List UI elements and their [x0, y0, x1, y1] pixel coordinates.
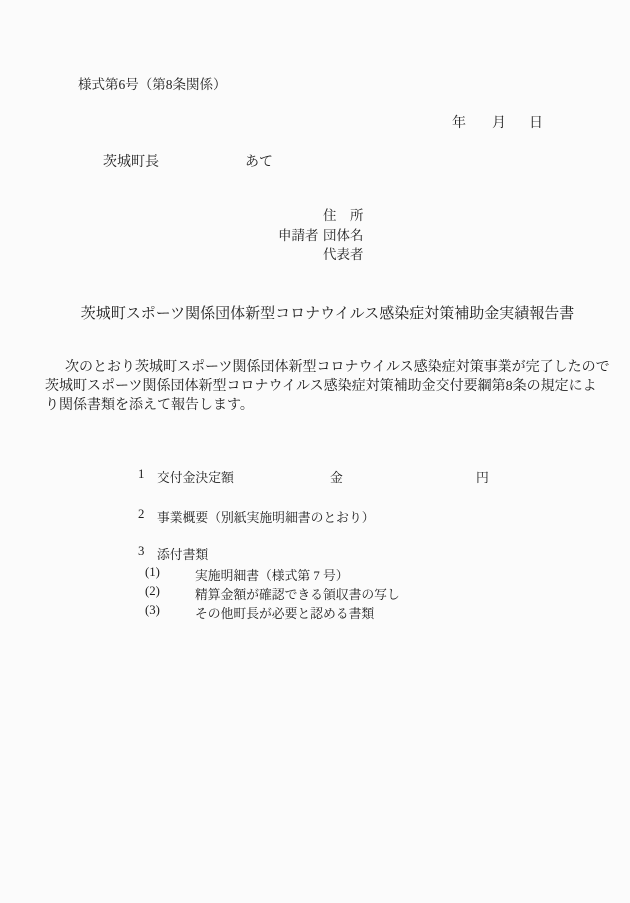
document-title: 茨城町スポーツ関係団体新型コロナウイルス感染症対策補助金実績報告書: [45, 302, 610, 323]
item-number: 1: [138, 467, 144, 482]
body-paragraph: 次のとおり茨城町スポーツ関係団体新型コロナウイルス感染症対策事業が完了したので …: [45, 359, 620, 415]
applicant-field-representative: 代表者: [323, 247, 364, 264]
date-month-label: 月: [492, 115, 506, 133]
item-row-attachments: 3 添付書類: [0, 544, 630, 562]
addressee-suffix: あて: [245, 154, 273, 172]
item-label: 添付書類: [157, 544, 208, 563]
document-page: 様式第6号（第8条関係） 年 月 日 茨城町長 あて 申請者 住 所 団体名 代…: [0, 0, 630, 903]
sub-item-text: その他町長が必要と認める書類: [195, 603, 374, 622]
sub-item-row: (1) 実施明細書（様式第 7 号）: [0, 565, 630, 583]
amount-suffix: 円: [476, 467, 489, 486]
applicant-label: 申請者: [278, 228, 319, 245]
item-label: 交付金決定額: [157, 467, 234, 486]
sub-item-text: 精算金額が確認できる領収書の写し: [195, 584, 400, 603]
sub-item-marker: (2): [145, 584, 160, 599]
date-day-label: 日: [529, 115, 543, 133]
sub-item-marker: (1): [145, 565, 160, 580]
addressee-name: 茨城町長: [103, 154, 159, 172]
date-year-label: 年: [452, 115, 466, 133]
form-number: 様式第6号（第8条関係）: [78, 77, 227, 94]
amount-prefix: 金: [330, 467, 343, 486]
sub-item-row: (2) 精算金額が確認できる領収書の写し: [0, 584, 630, 602]
sub-item-text: 実施明細書（様式第 7 号）: [195, 565, 349, 584]
body-line: 次のとおり茨城町スポーツ関係団体新型コロナウイルス感染症対策事業が完了したので: [45, 359, 620, 378]
item-row-project-summary: 2 事業概要（別紙実施明細書のとおり）: [0, 507, 630, 525]
applicant-field-address: 住 所: [323, 208, 364, 225]
body-line: り関係書類を添えて報告します。: [45, 397, 620, 416]
applicant-field-org-name: 団体名: [323, 228, 364, 245]
sub-item-marker: (3): [145, 603, 160, 618]
item-row-grant-amount: 1 交付金決定額 金 円: [0, 467, 630, 485]
item-label: 事業概要（別紙実施明細書のとおり）: [157, 507, 375, 526]
item-number: 3: [138, 544, 144, 559]
sub-item-row: (3) その他町長が必要と認める書類: [0, 603, 630, 621]
item-number: 2: [138, 507, 144, 522]
body-line: 茨城町スポーツ関係団体新型コロナウイルス感染症対策補助金交付要綱第8条の規定によ: [45, 378, 620, 397]
